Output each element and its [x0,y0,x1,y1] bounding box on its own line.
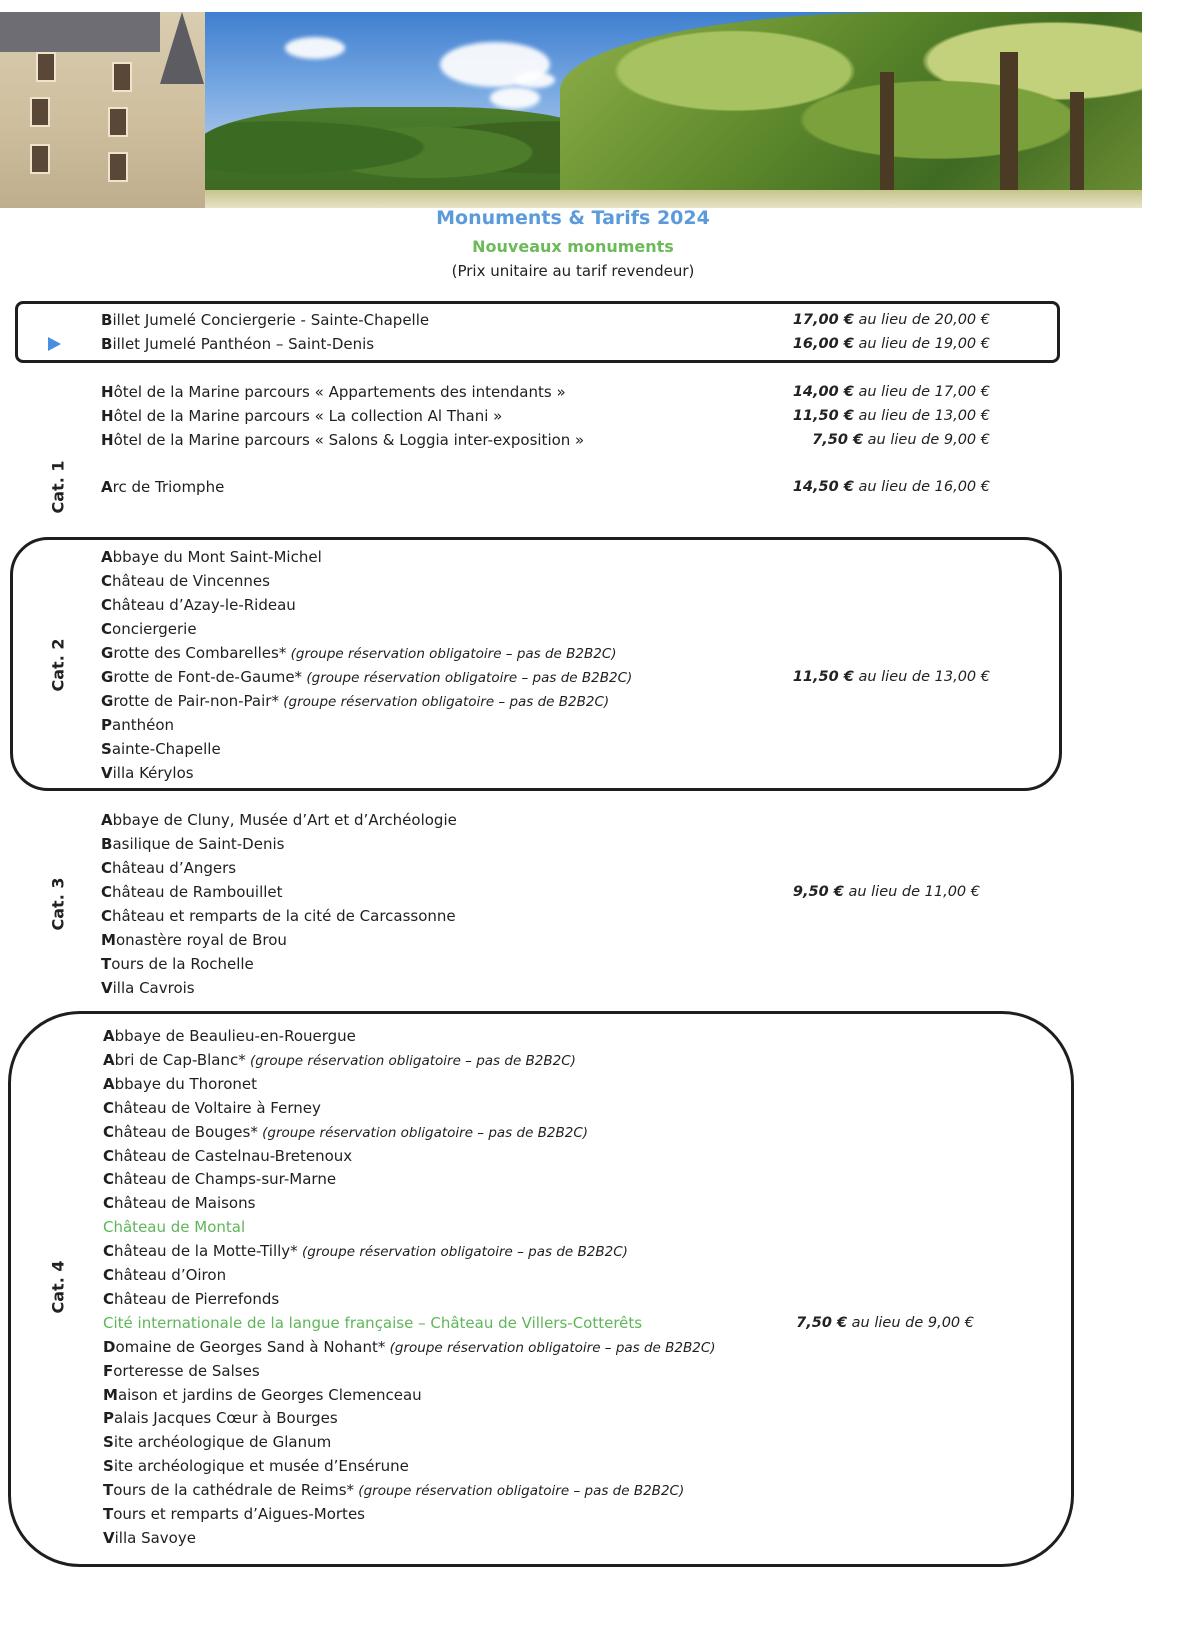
item-name: rc de Triomphe [113,478,225,496]
list-item: Maison et jardins de Georges Clemenceau [103,1385,422,1405]
list-item: Sainte-Chapelle [101,739,221,759]
price-label: 14,50 € au lieu de 16,00 € [760,477,990,497]
item-initial: A [101,811,113,829]
list-item: Tours de la Rochelle [101,954,254,974]
item-initial: C [103,1266,114,1284]
item-initial: S [103,1433,114,1451]
list-item: Basilique de Saint-Denis [101,834,284,854]
price-value: 16,00 € [793,336,854,352]
item-name: hâteau de Champs-sur-Marne [114,1170,336,1188]
item-note: (groupe réservation obligatoire – pas de… [258,1125,588,1141]
arrow-right-icon [48,337,61,351]
list-item: Château de Rambouillet [101,882,283,902]
item-initial: C [101,596,112,614]
item-initial: C [103,1290,114,1308]
item-name: hâteau de Montal [113,1218,245,1236]
price-value: 17,00 € [793,312,854,328]
list-item: Site archéologique de Glanum [103,1432,331,1452]
list-item: Grotte des Combarelles* (groupe réservat… [101,643,617,664]
item-initial: C [103,1314,113,1332]
item-name: hâteau de Castelnau-Bretenoux [114,1147,352,1165]
item-initial: C [101,907,112,925]
item-name: bbaye de Cluny, Musée d’Art et d’Archéol… [113,811,457,829]
price-label: 11,50 € au lieu de 13,00 € [760,406,990,426]
price-label: 7,50 € au lieu de 9,00 € [760,430,990,450]
item-name: illet Jumelé Conciergerie - Sainte-Chape… [112,311,429,329]
item-name: alais Jacques Cœur à Bourges [114,1409,338,1427]
list-item: Château de Champs-sur-Marne [103,1169,336,1189]
item-name: bri de Cap-Blanc* [115,1051,246,1069]
item-initial: T [103,1505,113,1523]
item-initial: F [103,1362,113,1380]
category-label-text: Cat. 3 [49,878,68,931]
item-note: (groupe réservation obligatoire – pas de… [354,1483,684,1499]
list-item: Hôtel de la Marine parcours « Appartemen… [101,382,566,402]
item-initial: H [101,431,114,449]
price-was: au lieu de 13,00 € [854,669,990,685]
item-name: rotte de Font-de-Gaume* [113,668,302,686]
list-item: Grotte de Pair-non-Pair* (groupe réserva… [101,691,609,712]
item-name: hâteau de la Motte-Tilly* [114,1242,298,1260]
list-item: Conciergerie [101,619,197,639]
item-name: bbaye du Thoronet [115,1075,257,1093]
item-initial: C [103,1147,114,1165]
item-name: ainte-Chapelle [112,740,221,758]
item-name: ours et remparts d’Aigues-Mortes [113,1505,365,1523]
list-item: Hôtel de la Marine parcours « Salons & L… [101,430,584,450]
item-initial: T [103,1481,113,1499]
price-was: au lieu de 9,00 € [863,432,990,448]
castle-illustration [0,12,205,208]
header-banner-photo [0,12,1142,208]
item-initial: C [103,1194,114,1212]
list-item: Abbaye de Beaulieu-en-Rouergue [103,1026,356,1046]
item-note: (groupe réservation obligatoire – pas de… [385,1340,715,1356]
item-name: illa Cavrois [113,979,195,997]
item-name: rotte de Pair-non-Pair* [113,692,279,710]
item-name: hâteau d’Azay-le-Rideau [112,596,296,614]
item-name: illa Kérylos [113,764,194,782]
list-item: Domaine de Georges Sand à Nohant* (group… [103,1337,716,1358]
item-note: (groupe réservation obligatoire – pas de… [302,670,632,686]
item-note: (groupe réservation obligatoire – pas de… [246,1053,576,1069]
list-item: Monastère royal de Brou [101,930,287,950]
category-label-text: Cat. 1 [49,461,68,514]
price-was: au lieu de 20,00 € [854,312,990,328]
page-subtitle: Nouveaux monuments [0,237,1146,256]
item-note: (groupe réservation obligatoire – pas de… [286,646,616,662]
item-initial: C [101,859,112,877]
price-note: (Prix unitaire au tarif revendeur) [0,262,1146,280]
price-was: au lieu de 19,00 € [854,336,990,352]
price-label: 9,50 € au lieu de 11,00 € [750,882,980,902]
item-initial: T [101,955,111,973]
list-item: Billet Jumelé Panthéon – Saint-Denis [101,334,374,354]
item-name: hâteau et remparts de la cité de Carcass… [112,907,456,925]
item-initial: M [103,1386,118,1404]
list-item: Grotte de Font-de-Gaume* (groupe réserva… [101,667,632,688]
price-label: 7,50 € au lieu de 9,00 € [744,1313,974,1333]
list-item: Abbaye du Mont Saint-Michel [101,547,322,567]
list-item: Tours de la cathédrale de Reims* (groupe… [103,1480,684,1501]
price-value: 14,50 € [793,479,854,495]
item-initial: A [103,1051,115,1069]
list-item: Hôtel de la Marine parcours « La collect… [101,406,502,426]
item-initial: C [103,1099,114,1117]
list-item: Villa Savoye [103,1528,196,1548]
price-label: 16,00 € au lieu de 19,00 € [760,334,990,354]
item-initial: A [103,1027,115,1045]
item-name: ôtel de la Marine parcours « Salons & Lo… [114,431,585,449]
item-initial: C [103,1218,113,1236]
list-item: Arc de Triomphe [101,477,224,497]
list-item: Tours et remparts d’Aigues-Mortes [103,1504,365,1524]
list-item: Château de la Motte-Tilly* (groupe réser… [103,1241,628,1262]
price-was: au lieu de 13,00 € [854,408,990,424]
item-name: hâteau de Voltaire à Ferney [114,1099,321,1117]
list-item: Château et remparts de la cité de Carcas… [101,906,456,926]
item-note: (groupe réservation obligatoire – pas de… [298,1244,628,1260]
item-name: hâteau de Maisons [114,1194,255,1212]
price-value: 11,50 € [793,669,854,685]
item-name: ite archéologique de Glanum [114,1433,331,1451]
price-was: au lieu de 17,00 € [854,384,990,400]
item-initial: A [101,478,113,496]
item-initial: A [101,548,113,566]
item-initial: M [101,931,116,949]
list-item: Château d’Azay-le-Rideau [101,595,296,615]
item-initial: P [103,1409,114,1427]
price-value: 7,50 € [812,432,863,448]
item-name: ours de la cathédrale de Reims* [113,1481,354,1499]
item-name: bbaye du Mont Saint-Michel [113,548,322,566]
item-name: ôtel de la Marine parcours « Appartement… [114,383,566,401]
item-name: hâteau de Vincennes [112,572,270,590]
list-item: Palais Jacques Cœur à Bourges [103,1408,338,1428]
item-name: bbaye de Beaulieu-en-Rouergue [115,1027,356,1045]
list-item: Château de Maisons [103,1193,255,1213]
item-initial: A [103,1075,115,1093]
item-name: hâteau de Pierrefonds [114,1290,279,1308]
item-name: hâteau de Rambouillet [112,883,283,901]
list-item: Villa Cavrois [101,978,195,998]
price-value: 7,50 € [796,1315,847,1331]
list-item: Château de Vincennes [101,571,270,591]
item-name: asilique de Saint-Denis [112,835,284,853]
price-label: 11,50 € au lieu de 13,00 € [760,667,990,687]
item-name: ite archéologique et musée d’Ensérune [114,1457,409,1475]
item-name: onastère royal de Brou [116,931,287,949]
item-initial: H [101,407,114,425]
list-item: Panthéon [101,715,174,735]
item-name: anthéon [112,716,174,734]
price-value: 14,00 € [793,384,854,400]
price-was: au lieu de 16,00 € [854,479,990,495]
price-was: au lieu de 11,00 € [844,884,980,900]
list-item: Château d’Oiron [103,1265,226,1285]
item-name: hâteau de Bouges* [114,1123,258,1141]
item-initial: P [101,716,112,734]
item-initial: S [101,740,112,758]
item-name: orteresse de Salses [113,1362,259,1380]
price-value: 11,50 € [793,408,854,424]
list-item: Château de Castelnau-Bretenoux [103,1146,352,1166]
item-initial: C [103,1170,114,1188]
item-name: omaine de Georges Sand à Nohant* [115,1338,385,1356]
item-initial: D [103,1338,115,1356]
item-name: illa Savoye [115,1529,196,1547]
item-initial: V [101,764,113,782]
item-name: illet Jumelé Panthéon – Saint-Denis [112,335,374,353]
price-value: 9,50 € [793,884,844,900]
item-initial: B [101,311,112,329]
price-was: au lieu de 9,00 € [847,1315,974,1331]
page-title: Monuments & Tarifs 2024 [0,207,1146,229]
item-initial: C [101,883,112,901]
list-item: Billet Jumelé Conciergerie - Sainte-Chap… [101,310,429,330]
category-label-text: Cat. 2 [49,639,68,692]
list-item: Cité internationale de la langue françai… [103,1313,642,1333]
item-initial: V [103,1529,115,1547]
item-name: ours de la Rochelle [111,955,254,973]
item-name: hâteau d’Oiron [114,1266,226,1284]
category-label-text: Cat. 4 [49,1261,68,1314]
item-initial: G [101,668,113,686]
item-initial: C [101,620,112,638]
item-initial: S [103,1457,114,1475]
list-item: Site archéologique et musée d’Ensérune [103,1456,409,1476]
list-item: Abri de Cap-Blanc* (groupe réservation o… [103,1050,576,1071]
list-item: Abbaye de Cluny, Musée d’Art et d’Archéo… [101,810,457,830]
item-initial: C [101,572,112,590]
list-item: Château de Bouges* (groupe réservation o… [103,1122,588,1143]
item-name: rotte des Combarelles* [113,644,286,662]
list-item: Château de Pierrefonds [103,1289,279,1309]
item-initial: C [103,1123,114,1141]
price-label: 14,00 € au lieu de 17,00 € [760,382,990,402]
item-initial: G [101,692,113,710]
list-item: Forteresse de Salses [103,1361,260,1381]
item-name: ité internationale de la langue français… [113,1314,642,1332]
item-initial: B [101,835,112,853]
list-item: Abbaye du Thoronet [103,1074,257,1094]
price-label: 17,00 € au lieu de 20,00 € [760,310,990,330]
item-initial: G [101,644,113,662]
item-name: aison et jardins de Georges Clemenceau [118,1386,422,1404]
item-initial: C [103,1242,114,1260]
item-name: hâteau d’Angers [112,859,236,877]
list-item: Villa Kérylos [101,763,194,783]
item-note: (groupe réservation obligatoire – pas de… [279,694,609,710]
item-name: onciergerie [112,620,197,638]
item-initial: H [101,383,114,401]
list-item: Château de Montal [103,1217,245,1237]
item-initial: B [101,335,112,353]
item-initial: V [101,979,113,997]
item-name: ôtel de la Marine parcours « La collecti… [114,407,503,425]
list-item: Château de Voltaire à Ferney [103,1098,321,1118]
list-item: Château d’Angers [101,858,236,878]
